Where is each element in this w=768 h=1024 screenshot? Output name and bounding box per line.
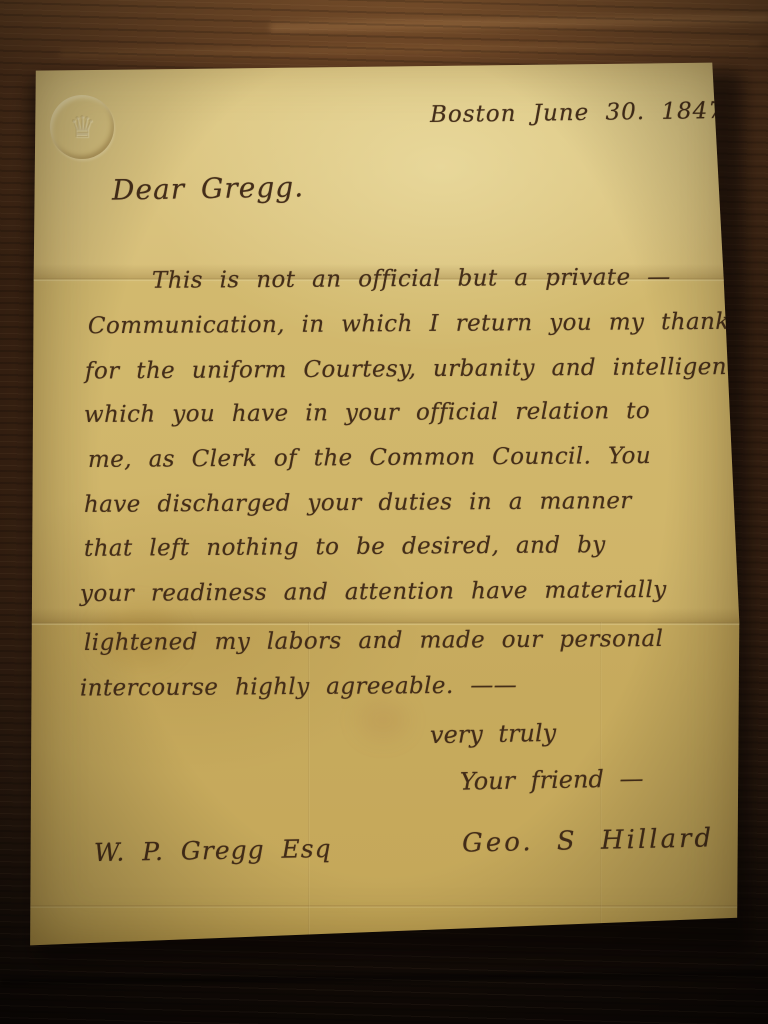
letter-body-line: Communication, in which I return you my …	[88, 309, 742, 340]
fold-crease	[28, 622, 740, 625]
letter-closing-very-truly: very truly	[430, 719, 557, 749]
letter-body-line: that left nothing to be desired, and by	[84, 532, 606, 562]
letter-dateline: Boston June 30. 1847	[430, 98, 724, 128]
letter-body-line: me, as Clerk of the Common Council. You	[88, 443, 651, 473]
letter-body-line: for the uniform Courtesy, urbanity and i…	[85, 354, 768, 385]
vertical-crease	[308, 622, 310, 948]
table-edge-shadow	[0, 971, 768, 985]
letter-addressee: W. P. Gregg Esq	[94, 834, 332, 867]
letter-body-line: have discharged your duties in a manner	[84, 488, 632, 518]
letter-salutation: Dear Gregg.	[112, 170, 305, 206]
letter-body-line: lightened my labors and made our persona…	[84, 626, 664, 656]
fold-crease	[28, 905, 740, 908]
wood-grain-highlight	[60, 41, 760, 57]
letter-closing-your-friend: Your friend —	[460, 764, 644, 795]
letter-signature: Geo. S Hillard	[462, 823, 715, 858]
wood-grain-highlight	[270, 14, 768, 33]
letter-paper: ♛ Boston June 30. 1847 Dear Gregg. This …	[28, 60, 740, 948]
paper-stain	[358, 700, 408, 740]
letter-body-line: your readiness and attention have materi…	[80, 577, 667, 607]
embossed-seal: ♛	[50, 95, 114, 159]
fold-crease-shading	[28, 608, 740, 622]
letter-body-line: This is not an official but a private —	[152, 264, 671, 294]
letter-body-line: intercourse highly agreeable. ——	[80, 672, 517, 701]
crown-seal-icon: ♛	[69, 110, 96, 145]
letter-body-line: which you have in your official relation…	[84, 398, 650, 428]
